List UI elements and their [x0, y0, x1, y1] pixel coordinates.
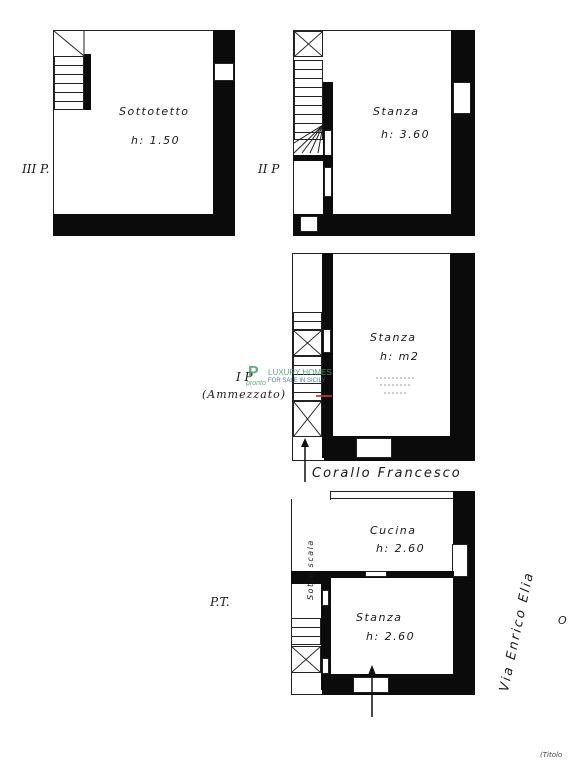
room-height-cucina: h: 2.60: [376, 542, 425, 555]
floor-plan-ground: Sotto scala Cucina h: 2.60 Stanza h: 2.6…: [290, 490, 475, 695]
room-height-stanza-1: h: m2: [380, 350, 419, 363]
stairwell-void: [294, 31, 323, 57]
room-name-stanza-1: Stanza: [370, 331, 417, 344]
stairwell-void: [291, 646, 321, 673]
watermark-line1: LUXURY HOMES: [268, 368, 332, 377]
outline-notch: [291, 490, 331, 499]
winder-stairs: [294, 125, 324, 155]
door: [324, 130, 332, 156]
north-arrow: [366, 665, 378, 721]
window-bottom: [356, 438, 392, 458]
watermark-logo: P pronto LUXURY HOMES FOR SALE IN SICILY: [242, 364, 334, 398]
stair-diagonal: [54, 31, 90, 57]
owner-name: Corallo Francesco: [312, 466, 462, 481]
staircase: [54, 56, 84, 110]
outline-step: [330, 491, 331, 500]
room-height-stanza-2: h: 3.60: [381, 128, 430, 141]
room-name-cucina: Cucina: [370, 524, 416, 537]
floor-label-ground: P.T.: [210, 595, 230, 609]
street-name: Via Enrico Elia: [497, 570, 537, 693]
door: [324, 167, 332, 197]
staircase: [291, 618, 321, 645]
floor-label-second: II P: [258, 162, 279, 176]
room-name-stanza-2: Stanza: [373, 105, 420, 118]
landing-wall: [293, 155, 333, 161]
window: [214, 63, 234, 81]
wall-bottom: [324, 436, 475, 461]
floor-plan-first: Stanza h: m2: [292, 253, 475, 461]
wall-right: [213, 30, 235, 236]
entrance-arrow: [300, 438, 310, 482]
opening-bottom: [300, 216, 318, 232]
stairwell-void: [293, 401, 322, 437]
room-height-sottotetto: h: 1.50: [131, 134, 180, 147]
floor-label-third: III P.: [22, 162, 50, 176]
room-name-sottotetto: Sottotetto: [119, 105, 190, 118]
stair-wall: [322, 253, 333, 458]
window-cucina: [452, 544, 468, 577]
logo-brand: pronto: [246, 380, 266, 387]
window: [453, 82, 471, 114]
wall-bottom: [322, 674, 475, 695]
staircase-upper: [293, 312, 322, 330]
faint-annotation: [376, 375, 416, 397]
door-divider: [365, 571, 387, 577]
door: [322, 590, 329, 606]
wall-right: [451, 30, 475, 236]
room-name-stanza-pt: Stanza: [356, 611, 403, 624]
stair-wall: [84, 54, 91, 110]
stairwell-void: [293, 330, 322, 356]
wall-right: [453, 491, 475, 695]
floor-plan-third: Sottotetto h: 1.50: [53, 30, 235, 236]
room-name-sottoscala: Sotto scala: [306, 560, 315, 600]
room-height-stanza-pt: h: 2.60: [366, 630, 415, 643]
watermark-line2: FOR SALE IN SICILY: [268, 378, 326, 384]
watermark-red-line: [316, 395, 332, 397]
wall-bottom: [53, 214, 235, 236]
door: [322, 658, 329, 674]
side-mark: O: [558, 614, 567, 627]
floor-plan-second: Stanza h: 3.60: [293, 30, 475, 236]
footer-note: (Titolo: [540, 751, 562, 759]
wall-bottom: [293, 214, 475, 236]
door: [323, 329, 331, 353]
wall-right: [450, 253, 475, 461]
